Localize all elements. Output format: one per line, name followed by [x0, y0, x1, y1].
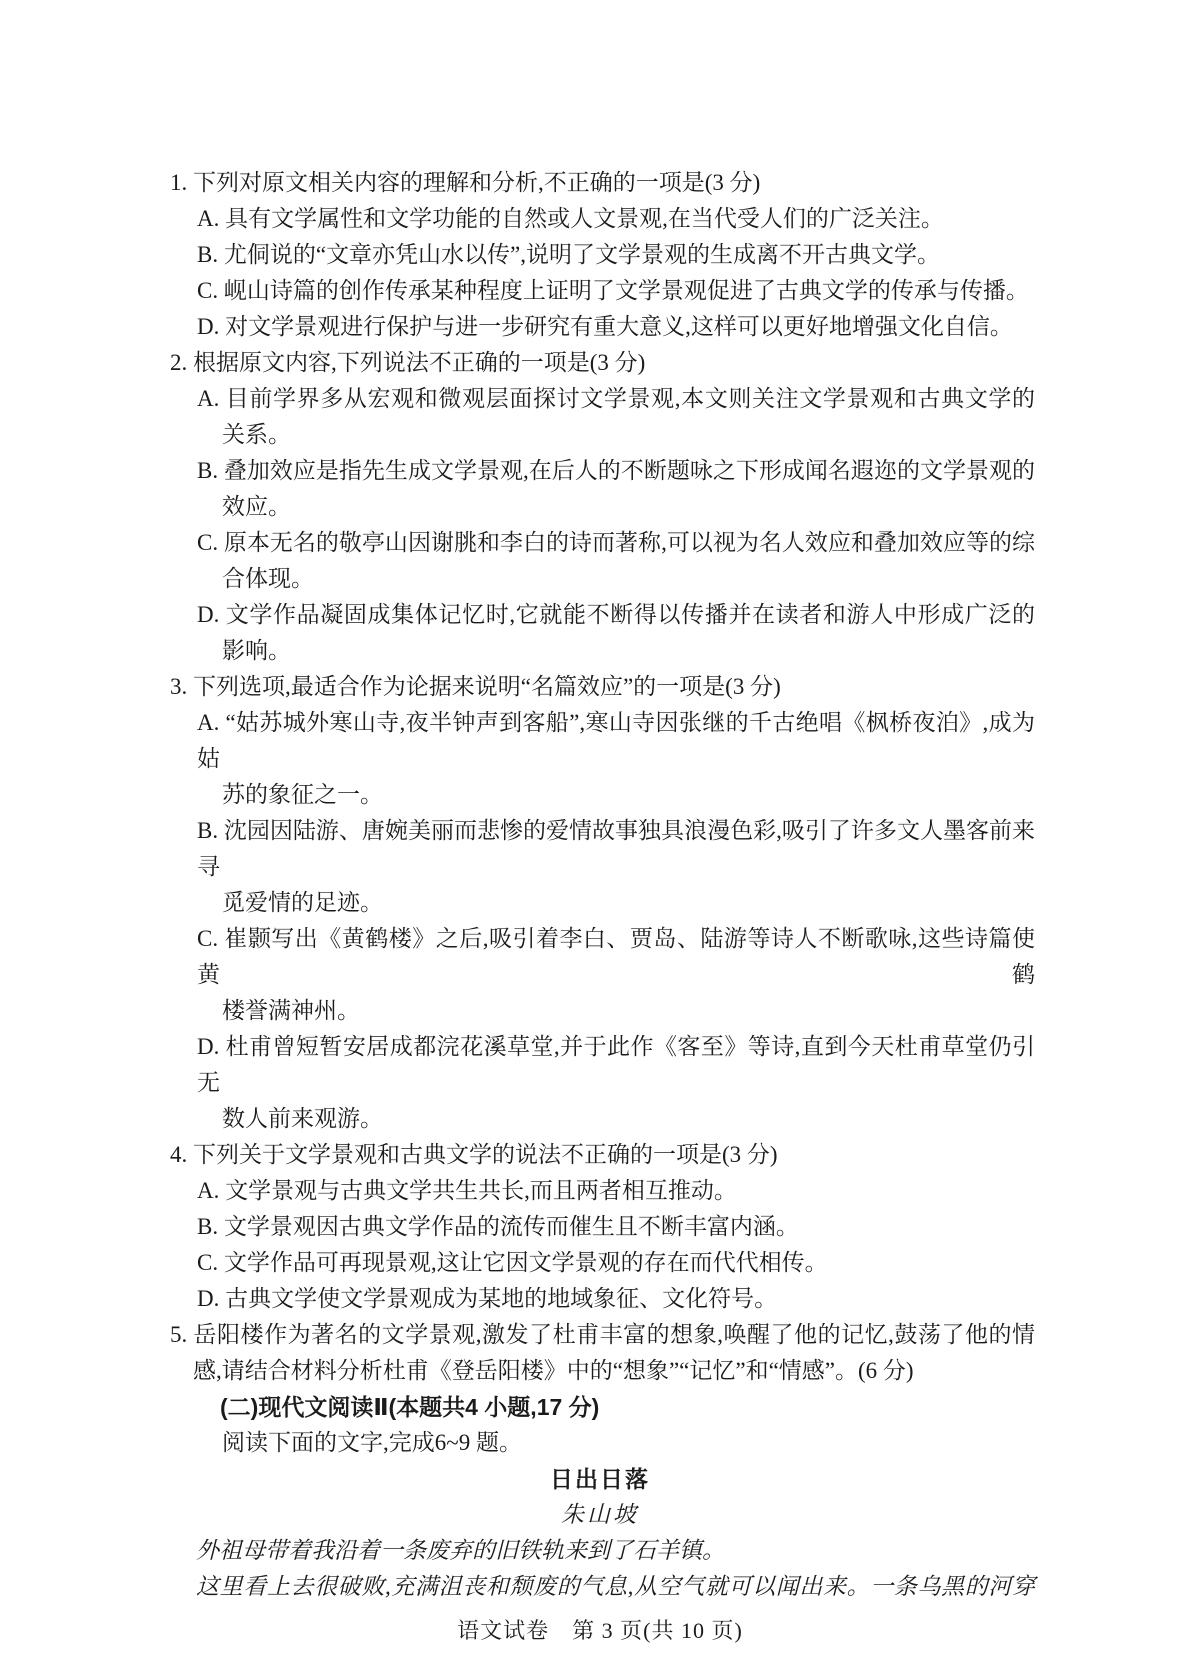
q3-option-c: C. 崔颢写出《黄鹤楼》之后,吸引着李白、贾岛、陆游等诗人不断歌咏,这些诗篇使黄… [197, 921, 1035, 993]
q3-option-a-cont: 苏的象征之一。 [222, 777, 1200, 813]
q2-option-b: B. 叠加效应是指先生成文学景观,在后人的不断题咏之下形成闻名遐迩的文学景观的 [197, 453, 1035, 489]
q2-option-d-cont: 影响。 [222, 633, 1200, 669]
passage-para-2: 这里看上去很破败,充满沮丧和颓废的气息,从空气就可以闻出来。一条乌黑的河穿 [196, 1569, 1035, 1605]
question-2-stem: 2. 根据原文内容,下列说法不正确的一项是(3 分) [170, 345, 1200, 381]
q3-option-d: D. 杜甫曾短暂安居成都浣花溪草堂,并于此作《客至》等诗,直到今天杜甫草堂仍引无 [197, 1029, 1035, 1101]
reading-instruction: 阅读下面的文字,完成6~9 题。 [222, 1425, 1200, 1461]
q4-option-b: B. 文学景观因古典文学作品的流传而催生且不断丰富内涵。 [197, 1209, 1200, 1245]
question-4-stem: 4. 下列关于文学景观和古典文学的说法不正确的一项是(3 分) [170, 1137, 1200, 1173]
q3-option-c-cont: 楼誉满神州。 [222, 993, 1200, 1029]
section-2-header: (二)现代文阅读Ⅱ(本题共4 小题,17 分) [220, 1389, 1200, 1425]
question-1-stem: 1. 下列对原文相关内容的理解和分析,不正确的一项是(3 分) [170, 165, 1200, 201]
exam-page: 1. 下列对原文相关内容的理解和分析,不正确的一项是(3 分)A. 具有文学属性… [0, 0, 1200, 1664]
q4-option-c: C. 文学作品可再现景观,这让它因文学景观的存在而代代相传。 [197, 1245, 1200, 1281]
q4-option-d: D. 古典文学使文学景观成为某地的地域象征、文化符号。 [197, 1281, 1200, 1317]
q1-option-b: B. 尤侗说的“文章亦凭山水以传”,说明了文学景观的生成离不开古典文学。 [197, 237, 1200, 273]
q2-option-a-cont: 关系。 [222, 417, 1200, 453]
q3-option-b: B. 沈园因陆游、唐婉美丽而悲惨的爱情故事独具浪漫色彩,吸引了许多文人墨客前来寻 [197, 813, 1035, 885]
q2-option-b-cont: 效应。 [222, 489, 1200, 525]
question-5-stem: 5. 岳阳楼作为著名的文学景观,激发了杜甫丰富的想象,唤醒了他的记忆,鼓荡了他的… [170, 1317, 1035, 1353]
passage-author: 朱山坡 [0, 1497, 1200, 1533]
q4-option-a: A. 文学景观与古典文学共生共长,而且两者相互推动。 [197, 1173, 1200, 1209]
q2-option-c-cont: 合体现。 [222, 561, 1200, 597]
q2-option-a: A. 目前学界多从宏观和微观层面探讨文学景观,本文则关注文学景观和古典文学的 [197, 381, 1035, 417]
q2-option-c: C. 原本无名的敬亭山因谢朓和李白的诗而著称,可以视为名人效应和叠加效应等的综 [197, 525, 1035, 561]
q2-option-d: D. 文学作品凝固成集体记忆时,它就能不断得以传播并在读者和游人中形成广泛的 [197, 597, 1035, 633]
passage-title: 日出日落 [0, 1461, 1200, 1497]
q3-option-d-cont: 数人前来观游。 [222, 1101, 1200, 1137]
page-footer: 语文试卷 第 3 页(共 10 页) [0, 1613, 1200, 1649]
q3-option-b-cont: 觅爱情的足迹。 [222, 885, 1200, 921]
document-lines: 1. 下列对原文相关内容的理解和分析,不正确的一项是(3 分)A. 具有文学属性… [0, 0, 1200, 1605]
q1-option-a: A. 具有文学属性和文学功能的自然或人文景观,在当代受人们的广泛关注。 [197, 201, 1200, 237]
question-3-stem: 3. 下列选项,最适合作为论据来说明“名篇效应”的一项是(3 分) [170, 669, 1200, 705]
question-5-cont: 感,请结合材料分析杜甫《登岳阳楼》中的“想象”“记忆”和“情感”。(6 分) [193, 1353, 1200, 1389]
passage-para-1: 外祖母带着我沿着一条废弃的旧铁轨来到了石羊镇。 [196, 1533, 1200, 1569]
q1-option-d: D. 对文学景观进行保护与进一步研究有重大意义,这样可以更好地增强文化自信。 [197, 309, 1200, 345]
q1-option-c: C. 岘山诗篇的创作传承某种程度上证明了文学景观促进了古典文学的传承与传播。 [197, 273, 1200, 309]
q3-option-a: A. “姑苏城外寒山寺,夜半钟声到客船”,寒山寺因张继的千古绝唱《枫桥夜泊》,成… [197, 705, 1035, 777]
